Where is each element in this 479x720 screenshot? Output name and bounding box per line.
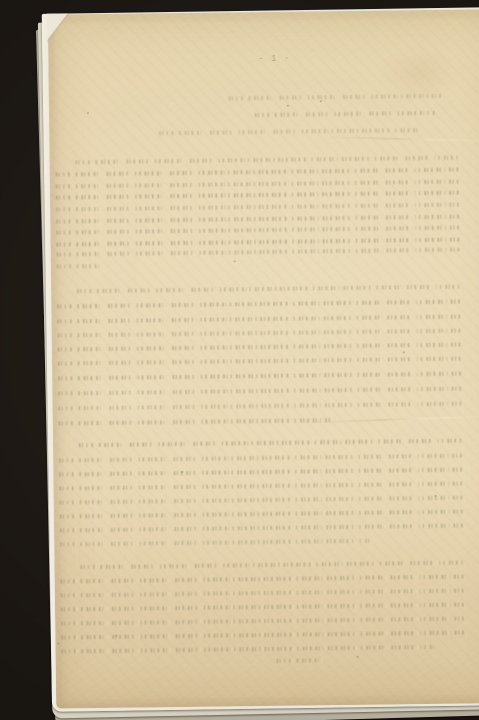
faded-text-line	[58, 357, 462, 366]
faded-text-line	[59, 454, 463, 463]
faded-text-line	[58, 387, 462, 396]
faded-text-line	[59, 468, 463, 477]
faded-text-line	[60, 482, 464, 491]
faded-text-line	[229, 94, 441, 101]
faded-text-line	[59, 418, 331, 425]
faded-text-line	[79, 439, 461, 448]
faded-text-line	[159, 128, 417, 135]
faded-text-line	[60, 496, 464, 505]
faded-text-line	[60, 510, 464, 519]
faded-text-line	[57, 264, 103, 269]
ink-speck	[320, 100, 322, 102]
faded-text-line	[61, 575, 465, 584]
ink-speck	[181, 471, 183, 473]
ink-speck	[357, 656, 359, 658]
ink-speck	[403, 351, 405, 353]
faded-text-line	[57, 300, 461, 309]
faded-text-line	[56, 215, 460, 224]
faded-text-line	[56, 191, 460, 200]
faded-text-line	[61, 631, 465, 640]
faded-text-line	[58, 343, 462, 352]
faded-text-line	[59, 402, 463, 411]
page-stack: - 1 -	[20, 3, 479, 720]
faded-text-line	[61, 589, 465, 598]
ink-speck	[435, 495, 437, 497]
faded-text-line	[61, 617, 465, 626]
faded-text-line	[277, 658, 323, 663]
faded-text-line	[56, 226, 460, 235]
faded-text-line	[57, 238, 461, 247]
faded-text-line	[57, 315, 461, 324]
faded-text-line	[58, 372, 462, 381]
ink-speck	[57, 643, 59, 645]
faded-text-line	[61, 603, 465, 612]
document-page: - 1 -	[48, 9, 479, 708]
faded-text-line	[80, 561, 462, 570]
faded-text-line	[60, 539, 370, 547]
ink-speck	[234, 260, 236, 262]
ink-speck	[115, 635, 117, 637]
faded-text-line	[57, 248, 461, 257]
faded-text-line	[56, 180, 460, 189]
ink-speck	[87, 112, 89, 114]
faded-text-line	[60, 524, 464, 533]
scan-background: - 1 -	[0, 0, 479, 720]
faded-text-line	[58, 329, 462, 338]
faded-text-line	[255, 111, 435, 117]
ink-speck	[287, 105, 289, 107]
faded-text-line	[61, 645, 433, 654]
faded-text-layer	[48, 9, 479, 708]
faded-text-line	[77, 285, 459, 294]
faded-text-line	[76, 156, 458, 165]
faded-text-line	[56, 203, 460, 212]
faded-text-line	[56, 168, 460, 177]
